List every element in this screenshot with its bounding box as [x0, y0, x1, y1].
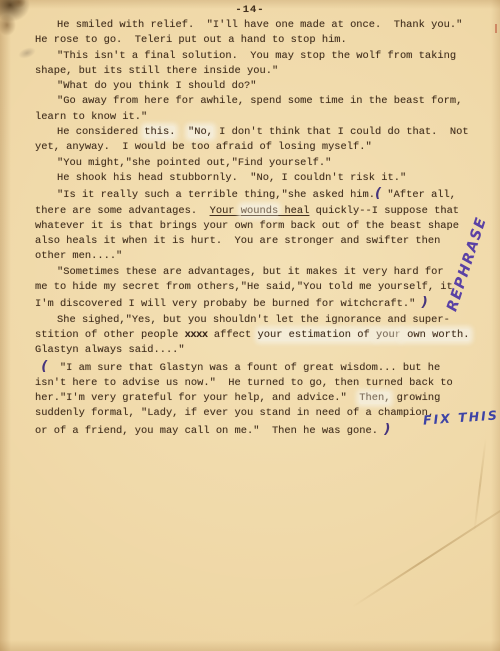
typed-line: stition of other people xxxx affect your… [35, 328, 473, 343]
typed-segment: She sighed,"Yes, but you shouldn't let t… [57, 314, 450, 326]
typed-line: "You might,"she pointed out,"Find yourse… [35, 156, 473, 171]
typed-line: other men...." [35, 249, 473, 264]
typed-segment: her."I'm very grateful for your help, an… [35, 392, 359, 404]
typed-line: shape, but its still there inside you." [35, 64, 473, 79]
typed-segment: "This isn't a final solution. You may st… [57, 50, 456, 62]
typed-segment: "You might,"she pointed out,"Find yourse… [57, 157, 331, 169]
typed-segment: growing [390, 392, 440, 404]
typed-segment: own worth. [401, 329, 470, 341]
typed-segment: quickly--I suppose that [309, 205, 459, 217]
handwritten-paren: ) [384, 421, 390, 437]
typed-segment: learn to know it." [35, 111, 147, 123]
typed-segment: He considered [57, 126, 144, 138]
typed-segment: isn't here to advise us now." He turned … [35, 377, 453, 389]
typed-segment: Glastyn always said...." [35, 344, 185, 356]
typed-line: "Go away from here for awhile, spend som… [35, 94, 473, 109]
typed-segment: yet, anyway. I would be too afraid of lo… [35, 141, 372, 153]
typed-line: also heals it when it is hurt. You are s… [35, 234, 473, 249]
typed-segment: He shook his head stubbornly. "No, I cou… [57, 172, 406, 184]
typed-segment: also heals it when it is hurt. You are s… [35, 235, 440, 247]
typed-segment: suddenly formal, "Lady, if ever you stan… [35, 407, 434, 419]
typed-line: "Sometimes these are advantages, but it … [35, 265, 473, 280]
typed-segment: "Is it really such a terrible thing,"she… [57, 189, 375, 201]
paper-stain [0, 14, 16, 36]
typed-segment: He rose to go. Teleri put out a hand to … [35, 34, 347, 46]
typed-line: or of a friend, you may call on me." The… [35, 422, 473, 439]
typed-segment: affect [208, 329, 258, 341]
typed-segment: whatever it is that brings your own form… [35, 220, 459, 232]
typed-segment: I don't think that I could do that. Not [213, 126, 469, 138]
page-number: -14- [0, 4, 500, 16]
typed-line: He considered this. "No, I don't think t… [35, 125, 473, 140]
typed-line: "What do you think I should do?" [35, 79, 473, 94]
typescript-body: He smiled with relief. "I'll have one ma… [35, 18, 473, 439]
typed-line: "This isn't a final solution. You may st… [35, 49, 473, 64]
typed-segment: wounds [241, 205, 278, 217]
typed-segment: there are some advantages. [35, 205, 210, 217]
typed-line: me to hide my secret from others,"He sai… [35, 280, 473, 295]
typed-line: there are some advantages. Your wounds h… [35, 204, 473, 219]
typed-segment: xxxx [185, 329, 208, 341]
typed-segment: shape, but its still there inside you." [35, 65, 278, 77]
typed-segment: heal [278, 205, 309, 217]
typed-segment: "What do you think I should do?" [57, 80, 257, 92]
edge-mark [495, 24, 497, 33]
typed-line: whatever it is that brings your own form… [35, 219, 473, 234]
paper-crease [352, 497, 500, 608]
typed-segment: "I am sure that Glastyn was a fount of g… [47, 362, 440, 374]
typed-line: She sighed,"Yes, but you shouldn't let t… [35, 313, 473, 328]
typed-line: He shook his head stubbornly. "No, I cou… [35, 171, 473, 186]
typed-segment: me to hide my secret from others,"He sai… [35, 281, 453, 293]
typed-segment: He smiled with relief. "I'll have one ma… [57, 19, 462, 31]
typed-segment: Then, [359, 392, 390, 404]
typed-segment: your [376, 329, 401, 341]
typed-line: isn't here to advise us now." He turned … [35, 376, 473, 391]
typed-line: her."I'm very grateful for your help, an… [35, 391, 473, 406]
typed-line: learn to know it." [35, 110, 473, 125]
typed-line: yet, anyway. I would be too afraid of lo… [35, 140, 473, 155]
typed-segment: stition of other people [35, 329, 185, 341]
typed-segment: other men...." [35, 250, 122, 262]
typed-line: ( "I am sure that Glastyn was a fount of… [35, 359, 473, 376]
typed-line: "Is it really such a terrible thing,"she… [35, 186, 473, 203]
typed-segment: Your [210, 205, 241, 217]
typed-line: He rose to go. Teleri put out a hand to … [35, 33, 473, 48]
typed-line: I'm discovered I will very probaby be bu… [35, 295, 473, 312]
typed-segment: "Sometimes these are advantages, but it … [57, 266, 444, 278]
typed-segment: this. [144, 126, 175, 138]
typed-line: suddenly formal, "Lady, if ever you stan… [35, 406, 473, 421]
typed-line: Glastyn always said...." [35, 343, 473, 358]
typed-segment: "No, [188, 126, 213, 138]
typed-segment: "After all, [381, 189, 456, 201]
typed-segment: or of a friend, you may call on me." The… [35, 425, 384, 437]
typed-segment: I'm discovered I will very probaby be bu… [35, 298, 422, 310]
typed-segment [175, 126, 187, 138]
typed-line: He smiled with relief. "I'll have one ma… [35, 18, 473, 33]
manuscript-page: -14- He smiled with relief. "I'll have o… [0, 0, 500, 651]
typed-segment: "Go away from here for awhile, spend som… [57, 95, 462, 107]
handwritten-paren: ) [422, 294, 428, 310]
typed-segment: your estimation of [258, 329, 376, 341]
